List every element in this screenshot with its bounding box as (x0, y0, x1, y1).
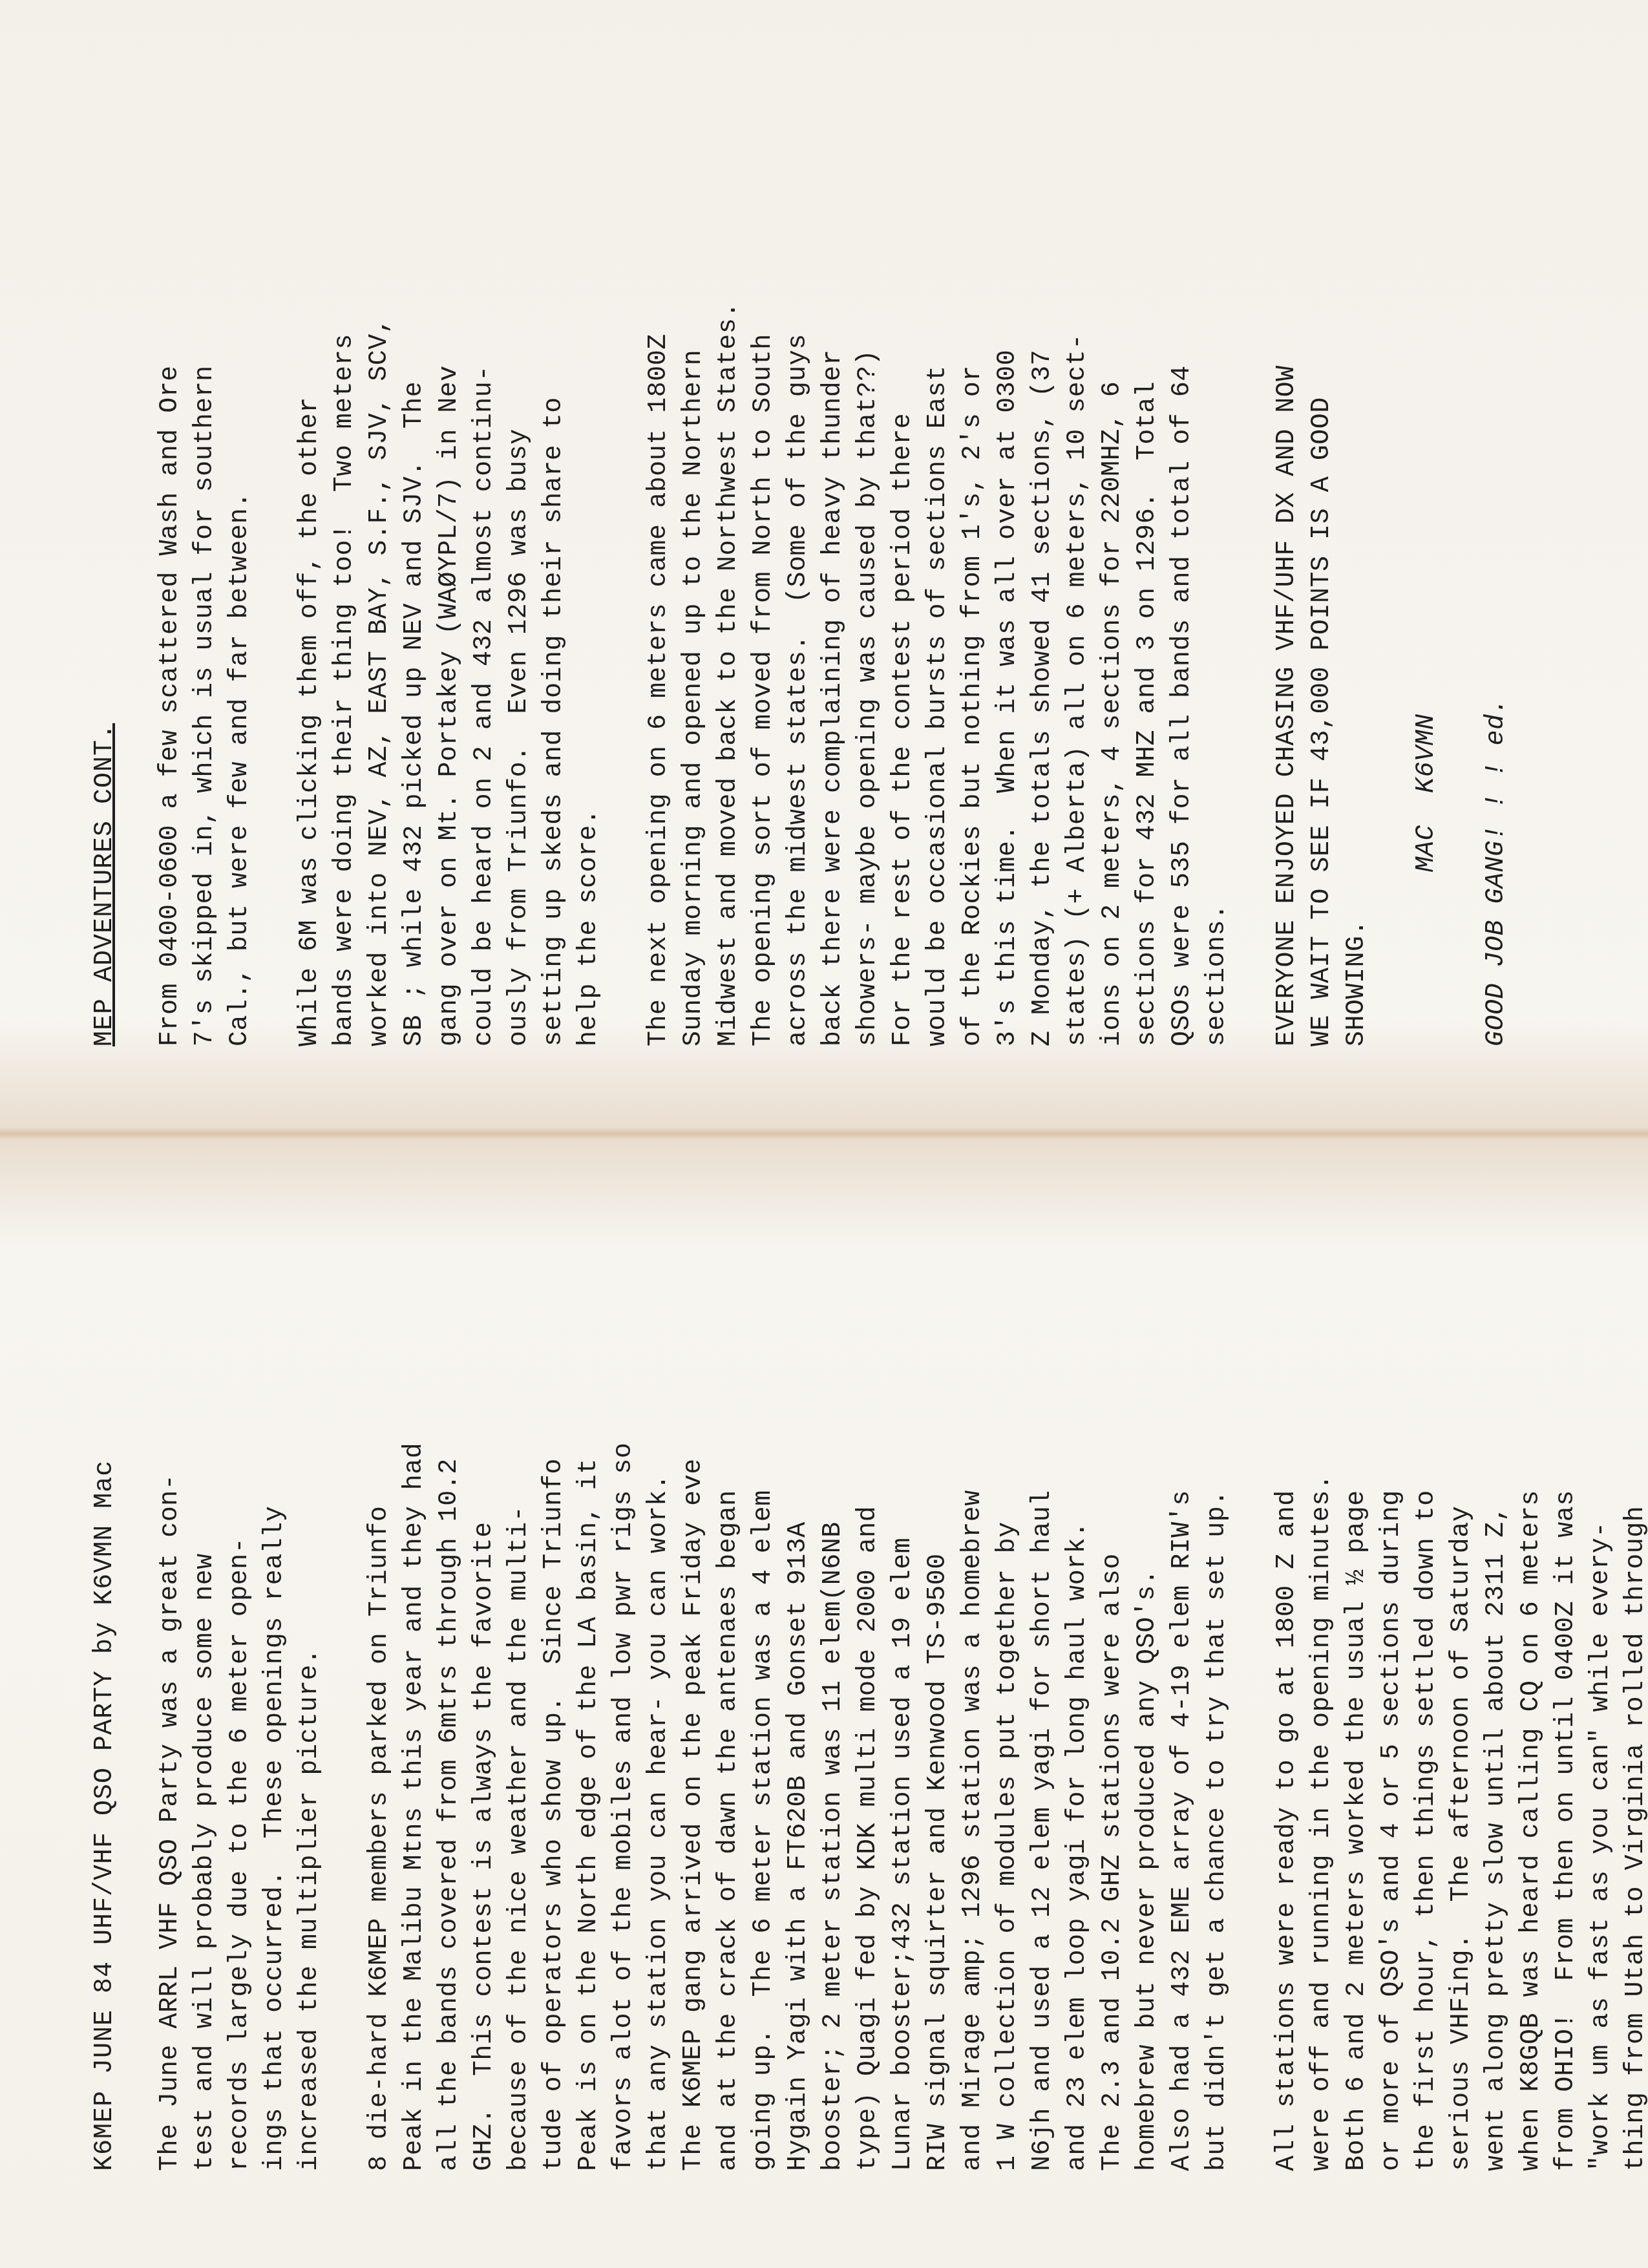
editor-closing: GOOD JOB GANG! ! ! ed. (1479, 58, 1514, 1046)
paragraph-contest-start: All stations were ready to go at 1800 Z … (1270, 1195, 1648, 2171)
right-page: MEP ADVENTURES CONT. From 0400-0600 a fe… (0, 0, 1648, 1130)
author-signature: MAC K6VMN (1410, 58, 1444, 1046)
article-title: K6MEP JUNE 84 UHF/VHF QSO PARTY by K6VMN… (90, 1195, 120, 2171)
paragraph-station-setup: 8 die-hard K6MEP members parked on Triun… (363, 1195, 1235, 2171)
paragraph-conclusion: EVERYONE ENJOYED CHASING VHF/UHF DX AND … (1270, 58, 1375, 1046)
scanned-newsletter-sheet: K6MEP JUNE 84 UHF/VHF QSO PARTY by K6VMN… (0, 0, 1648, 2268)
paragraph-intro: The June ARRL VHF QSO Party was a great … (153, 1195, 328, 2171)
left-page: K6MEP JUNE 84 UHF/VHF QSO PARTY by K6VMN… (0, 1137, 1648, 2268)
paragraph-sunday-opening: The next opening on 6 meters came about … (642, 58, 1235, 1046)
paragraph-other-bands: While 6M was clicking them off, the othe… (293, 58, 607, 1046)
paragraph-wash-ore: From 0400-0600 a few scattered Wash and … (153, 58, 258, 1046)
continuation-title: MEP ADVENTURES CONT. (90, 58, 120, 1046)
